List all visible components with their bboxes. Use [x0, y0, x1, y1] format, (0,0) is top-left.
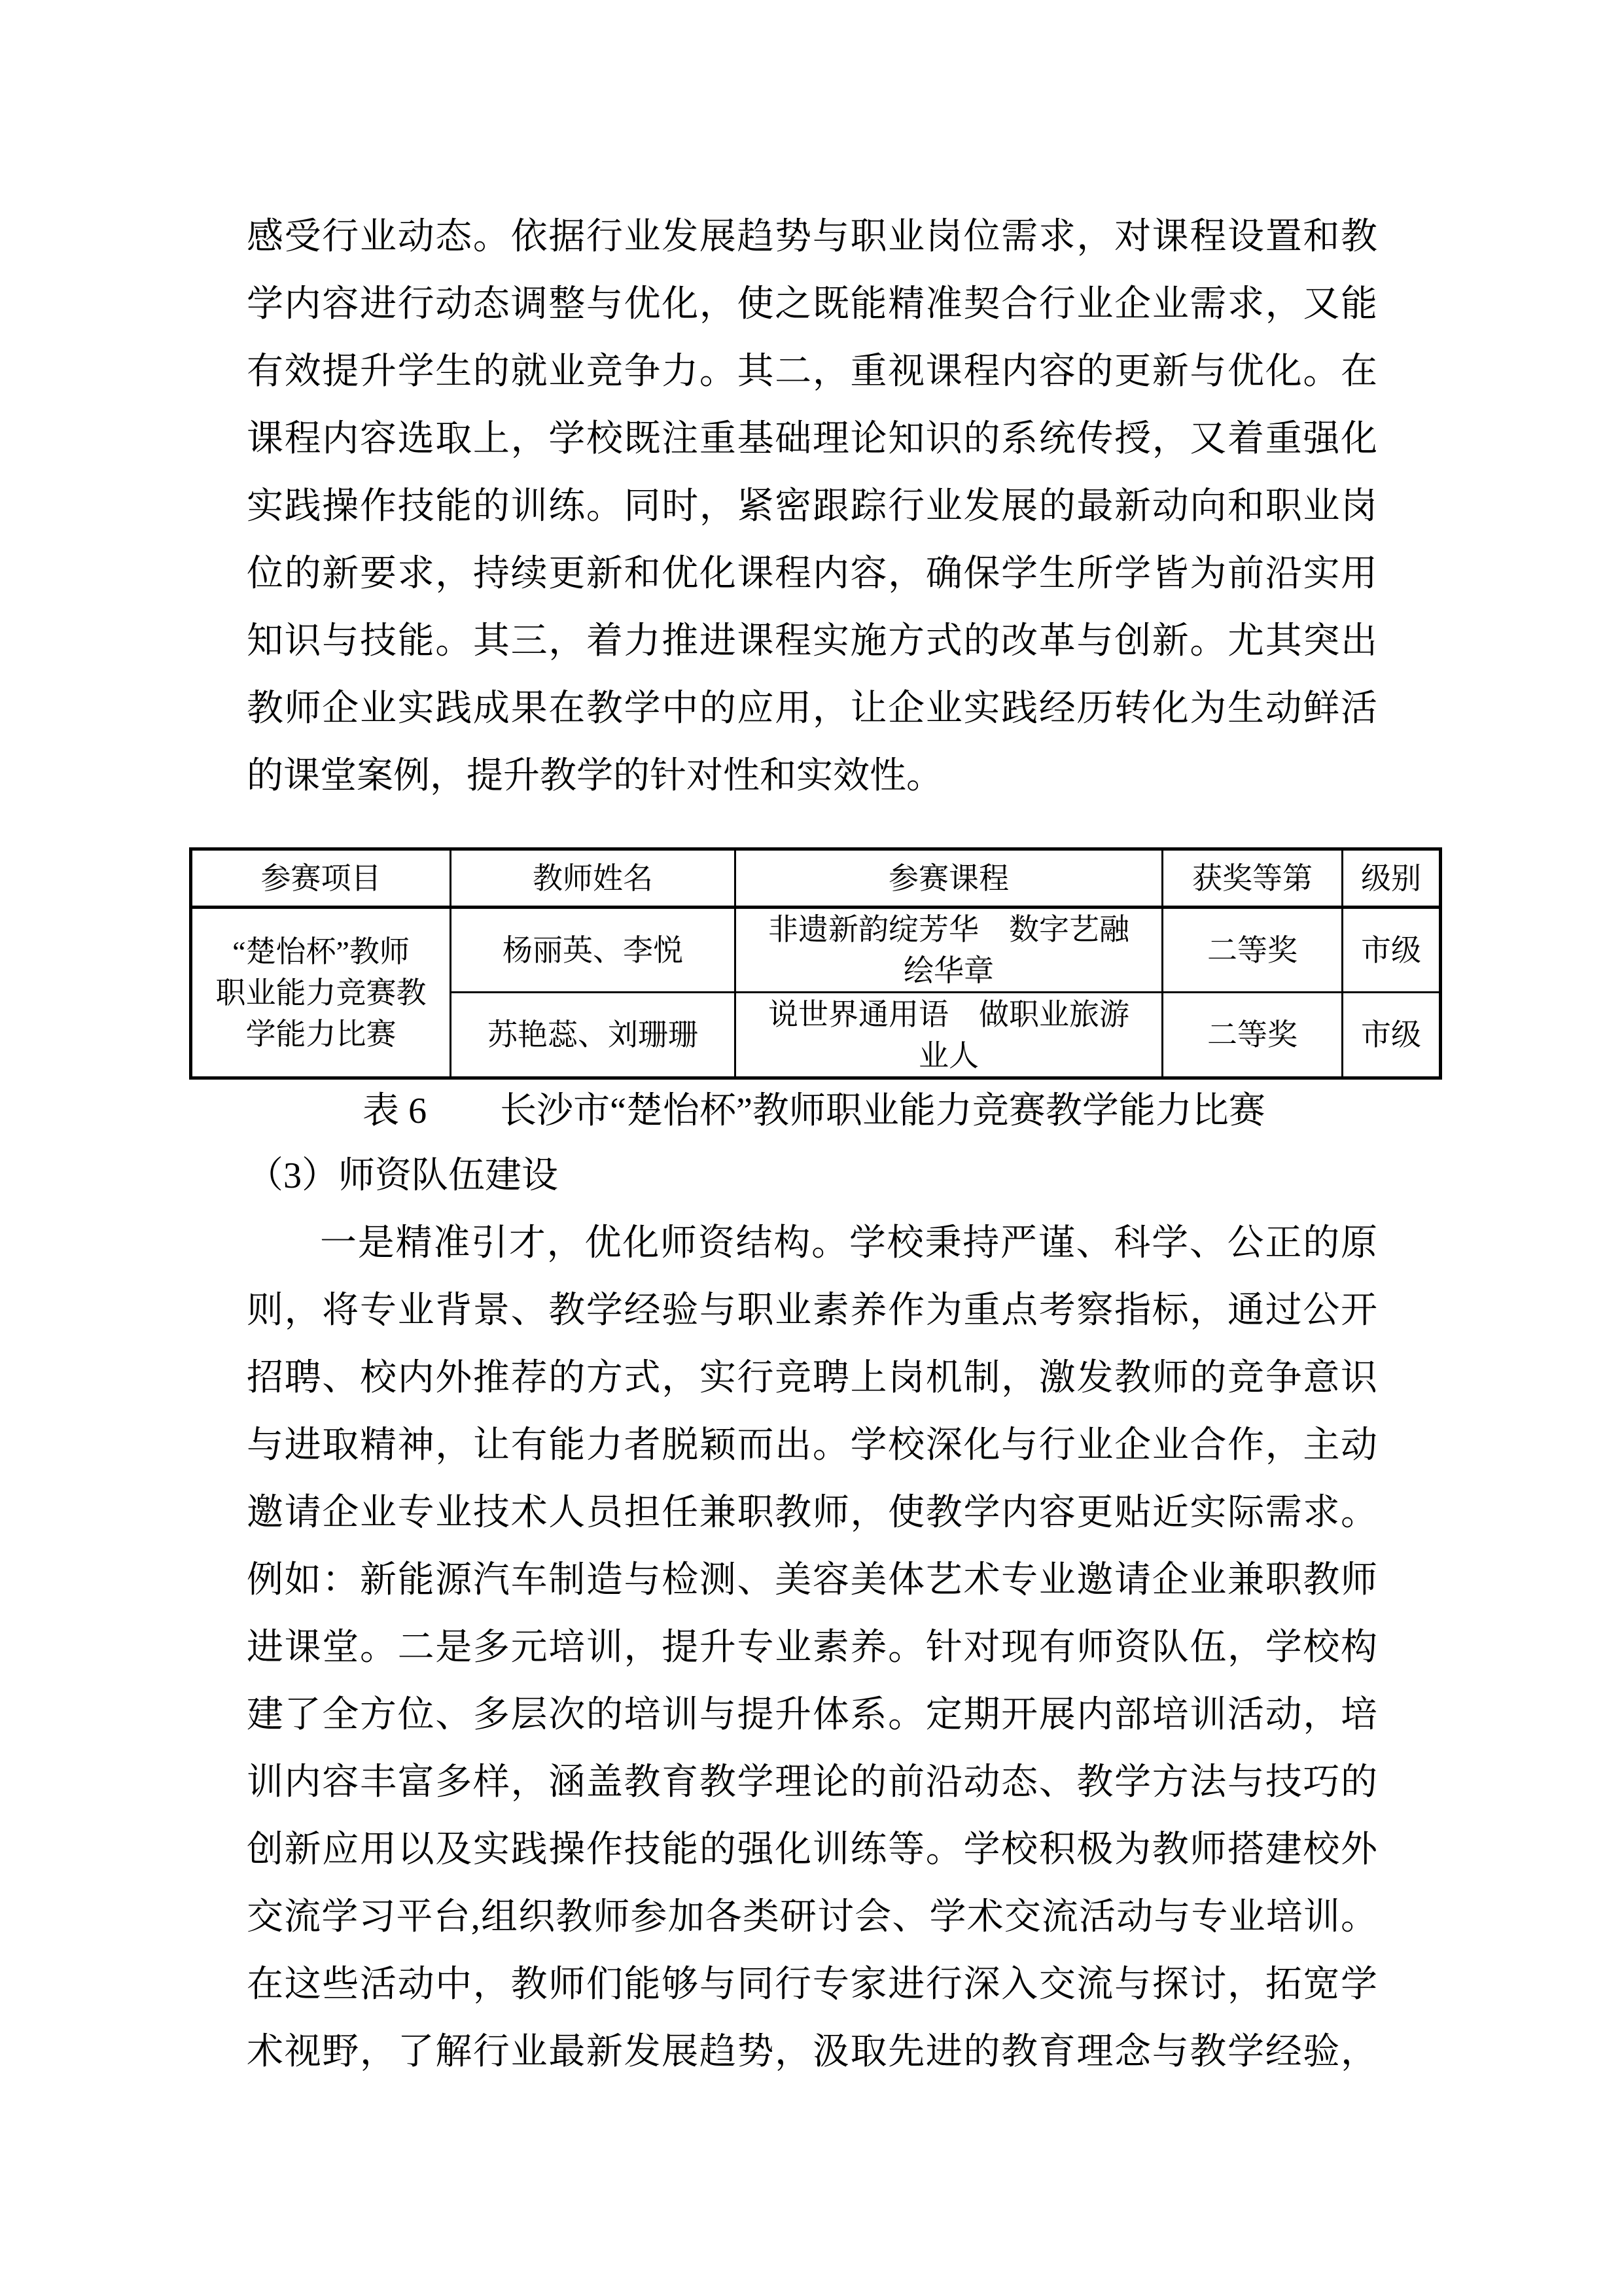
paragraph-line: 交流学习平台,组织教师参加各类研讨会、学术交流活动与专业培训。 — [247, 1884, 1377, 1951]
paragraph-line: 教师企业实践成果在教学中的应用，让企业实践经历转化为生动鲜活 — [247, 675, 1377, 743]
paragraph-curriculum: 感受行业动态。依据行业发展趋势与职业岗位需求，对课程设置和教 学内容进行动态调整… — [247, 203, 1377, 810]
paragraph-line: 实践操作技能的训练。同时，紧密跟踪行业发展的最新动向和职业岗 — [247, 473, 1377, 540]
header-cell-project: 参赛项目 — [191, 849, 451, 908]
paragraph-teacher-development: 一是精准引才，优化师资结构。学校秉持严谨、科学、公正的原 则，将专业背景、教学经… — [247, 1210, 1377, 2086]
cell-teachers: 苏艳蕊、刘珊珊 — [451, 993, 735, 1078]
paragraph-line: 学内容进行动态调整与优化，使之既能精准契合行业企业需求，又能 — [247, 271, 1377, 338]
document-page: 感受行业动态。依据行业发展趋势与职业岗位需求，对课程设置和教 学内容进行动态调整… — [0, 0, 1624, 2296]
paragraph-line: 有效提升学生的就业竞争力。其二，重视课程内容的更新与优化。在 — [247, 338, 1377, 406]
table-caption: 表 6 长沙市“楚怡杯”教师职业能力竞赛教学能力比赛 — [189, 1080, 1439, 1142]
header-cell-award: 获奖等第 — [1163, 849, 1343, 908]
header-cell-course: 参赛课程 — [735, 849, 1163, 908]
header-cell-teachers: 教师姓名 — [451, 849, 735, 908]
paragraph-line: 一是精准引才，优化师资结构。学校秉持严谨、科学、公正的原 — [247, 1210, 1377, 1277]
paragraph-line: 则，将专业背景、教学经验与职业素养作为重点考察指标，通过公开 — [247, 1277, 1377, 1345]
cell-teachers: 杨丽英、李悦 — [451, 908, 735, 993]
cell-course: 说世界通用语 做职业旅游 业人 — [735, 993, 1163, 1078]
paragraph-line: 在这些活动中，教师们能够与同行专家进行深入交流与探讨，拓宽学 — [247, 1951, 1377, 2019]
paragraph-line: 位的新要求，持续更新和优化课程内容，确保学生所学皆为前沿实用 — [247, 540, 1377, 608]
paragraph-line: 与进取精神，让有能力者脱颖而出。学校深化与行业企业合作，主动 — [247, 1412, 1377, 1479]
section-heading: （3）师资队伍建设 — [247, 1142, 1377, 1210]
table-header-row: 参赛项目 教师姓名 参赛课程 获奖等第 级别 — [191, 849, 1441, 908]
awards-table: 参赛项目 教师姓名 参赛课程 获奖等第 级别 “楚怡杯”教师 职业能力竞赛教 学… — [189, 847, 1442, 1080]
cell-award: 二等奖 — [1163, 908, 1343, 993]
header-cell-level: 级别 — [1343, 849, 1441, 908]
document-content: 感受行业动态。依据行业发展趋势与职业岗位需求，对课程设置和教 学内容进行动态调整… — [247, 203, 1377, 2086]
paragraph-line: 进课堂。二是多元培训，提升专业素养。针对现有师资队伍，学校构 — [247, 1614, 1377, 1682]
paragraph-line: 感受行业动态。依据行业发展趋势与职业岗位需求，对课程设置和教 — [247, 203, 1377, 271]
paragraph-line: 术视野，了解行业最新发展趋势，汲取先进的教育理念与教学经验， — [247, 2019, 1377, 2086]
paragraph-line: 训内容丰富多样，涵盖教育教学理论的前沿动态、教学方法与技巧的 — [247, 1749, 1377, 1816]
paragraph-line: 招聘、校内外推荐的方式，实行竞聘上岗机制，激发教师的竞争意识 — [247, 1345, 1377, 1412]
paragraph-line: 知识与技能。其三，着力推进课程实施方式的改革与创新。尤其突出 — [247, 608, 1377, 675]
cell-project: “楚怡杯”教师 职业能力竞赛教 学能力比赛 — [191, 908, 451, 1078]
cell-course: 非遗新韵绽芳华 数字艺融 绘华章 — [735, 908, 1163, 993]
paragraph-line: 邀请企业专业技术人员担任兼职教师，使教学内容更贴近实际需求。 — [247, 1479, 1377, 1547]
table-row: “楚怡杯”教师 职业能力竞赛教 学能力比赛 杨丽英、李悦 非遗新韵绽芳华 数字艺… — [191, 908, 1441, 993]
cell-level: 市级 — [1343, 908, 1441, 993]
paragraph-line: 建了全方位、多层次的培训与提升体系。定期开展内部培训活动，培 — [247, 1682, 1377, 1749]
cell-award: 二等奖 — [1163, 993, 1343, 1078]
cell-level: 市级 — [1343, 993, 1441, 1078]
paragraph-line: 的课堂案例，提升教学的针对性和实效性。 — [247, 743, 1377, 810]
paragraph-line: 例如：新能源汽车制造与检测、美容美体艺术专业邀请企业兼职教师 — [247, 1547, 1377, 1614]
paragraph-line: 课程内容选取上，学校既注重基础理论知识的系统传授，又着重强化 — [247, 406, 1377, 473]
paragraph-line: 创新应用以及实践操作技能的强化训练等。学校积极为教师搭建校外 — [247, 1816, 1377, 1884]
